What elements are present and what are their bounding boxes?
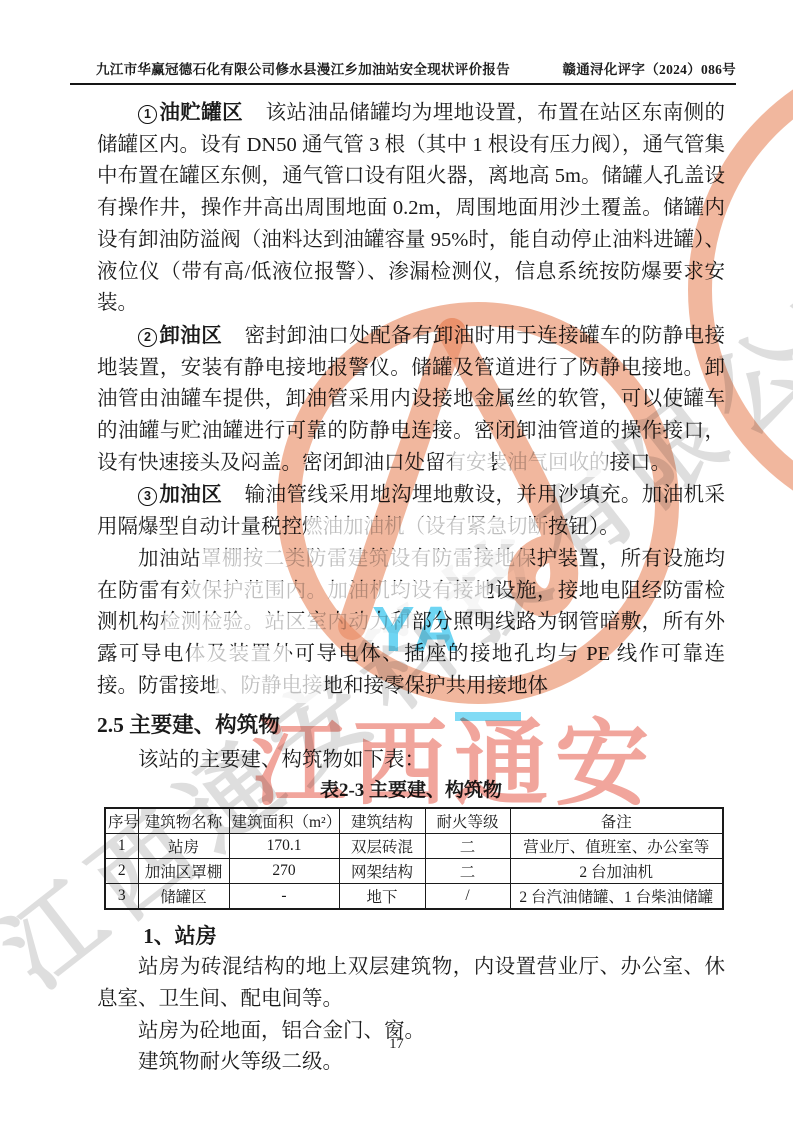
- circled-number-icon: 1: [138, 105, 157, 124]
- table-header-cell: 序号: [105, 808, 138, 834]
- section-heading-2-5: 2.5 主要建、构筑物: [97, 710, 725, 740]
- table-cell: 二: [425, 859, 510, 884]
- table-caption: 表2-3 主要建、构筑物: [97, 778, 725, 804]
- document-body: 1油贮罐区该站油品储罐均为埋地设置，布置在站区东南侧的储罐区内。设有 DN50 …: [97, 97, 725, 1079]
- paragraph-label: 3加油区: [138, 483, 222, 506]
- table-row: 2 加油区罩棚 270 网架结构 二 2 台加油机: [105, 859, 723, 884]
- paragraph-label: 1油贮罐区: [138, 101, 243, 124]
- paragraph-label: 2卸油区: [138, 324, 222, 347]
- paragraph-tank-area: 1油贮罐区该站油品储罐均为埋地设置，布置在站区东南侧的储罐区内。设有 DN50 …: [97, 97, 725, 320]
- table-cell: 2: [105, 859, 138, 884]
- table-cell: 地下: [339, 884, 425, 910]
- paragraph-label-text: 油贮罐区: [159, 101, 243, 124]
- table-cell: 双层砖混: [339, 834, 425, 859]
- table-header-cell: 建筑面积（m²）: [229, 808, 339, 834]
- header-doc-number: 赣通浔化评字（2024）086号: [562, 58, 736, 78]
- table-cell: 二: [425, 834, 510, 859]
- circled-number-icon: 3: [138, 487, 157, 506]
- document-page: 江西通安科技有限公司 九江市华赢冠德石化有限公司修水县漫江乡加油站安全现状评价报…: [0, 0, 793, 1122]
- table-row: 3 储罐区 - 地下 / 2 台汽油储罐、1 台柴油储罐: [105, 884, 723, 910]
- header-report-title: 九江市华赢冠德石化有限公司修水县漫江乡加油站安全现状评价报告: [96, 58, 510, 78]
- paragraph-text: 加油站罩棚按二类防雷建筑设有防雷接地保护装置，所有设施均在防雷有效保护范围内。加…: [97, 548, 725, 697]
- table-header-row: 序号 建筑物名称 建筑面积（m²） 建筑结构 耐火等级 备注: [105, 808, 723, 834]
- table-cell: 网架结构: [339, 859, 425, 884]
- paragraph-label-text: 加油区: [159, 483, 222, 506]
- paragraph-unloading-area: 2卸油区密封卸油口处配备有卸油时用于连接罐车的防静电接地装置，安装有静电接地报警…: [97, 320, 725, 480]
- table-cell: 1: [105, 834, 138, 859]
- table-cell: 2 台加油机: [510, 859, 723, 884]
- table-cell: /: [425, 884, 510, 910]
- table-intro-text: 该站的主要建、构筑物如下表：: [97, 744, 725, 776]
- table-cell: 3: [105, 884, 138, 910]
- circled-number-icon: 2: [138, 328, 157, 347]
- table-cell: -: [229, 884, 339, 910]
- paragraph-fueling-area: 3加油区输油管线采用地沟埋地敷设，并用沙填充。加油机采用隔爆型自动计量税控燃油加…: [97, 479, 725, 543]
- table-header-cell: 备注: [510, 808, 723, 834]
- subsection-heading-station-house: 1、站房: [97, 920, 725, 952]
- page-number: 17: [0, 1036, 793, 1053]
- table-cell: 2 台汽油储罐、1 台柴油储罐: [510, 884, 723, 910]
- buildings-table: 序号 建筑物名称 建筑面积（m²） 建筑结构 耐火等级 备注 1 站房 170.…: [104, 807, 724, 910]
- table-row: 1 站房 170.1 双层砖混 二 营业厅、值班室、办公室等: [105, 834, 723, 859]
- page-header: 九江市华赢冠德石化有限公司修水县漫江乡加油站安全现状评价报告 赣通浔化评字（20…: [70, 58, 736, 85]
- table-cell: 站房: [138, 834, 229, 859]
- table-header-cell: 建筑结构: [339, 808, 425, 834]
- paragraph-lightning-protection: 加油站罩棚按二类防雷建筑设有防雷接地保护装置，所有设施均在防雷有效保护范围内。加…: [97, 544, 725, 703]
- table-cell: 270: [229, 859, 339, 884]
- paragraph-text: 密封卸油口处配备有卸油时用于连接罐车的防静电接地装置，安装有静电接地报警仪。储罐…: [97, 325, 725, 474]
- paragraph-label-text: 卸油区: [159, 324, 222, 347]
- table-header-cell: 耐火等级: [425, 808, 510, 834]
- table-cell: 储罐区: [138, 884, 229, 910]
- paragraph-text: 该站油品储罐均为埋地设置，布置在站区东南侧的储罐区内。设有 DN50 通气管 3…: [97, 102, 725, 314]
- table-cell: 170.1: [229, 834, 339, 859]
- table-header-cell: 建筑物名称: [138, 808, 229, 834]
- paragraph-station-house-1: 站房为砖混结构的地上双层建筑物，内设置营业厅、办公室、休息室、卫生间、配电间等。: [97, 952, 725, 1015]
- table-cell: 营业厅、值班室、办公室等: [510, 834, 723, 859]
- table-cell: 加油区罩棚: [138, 859, 229, 884]
